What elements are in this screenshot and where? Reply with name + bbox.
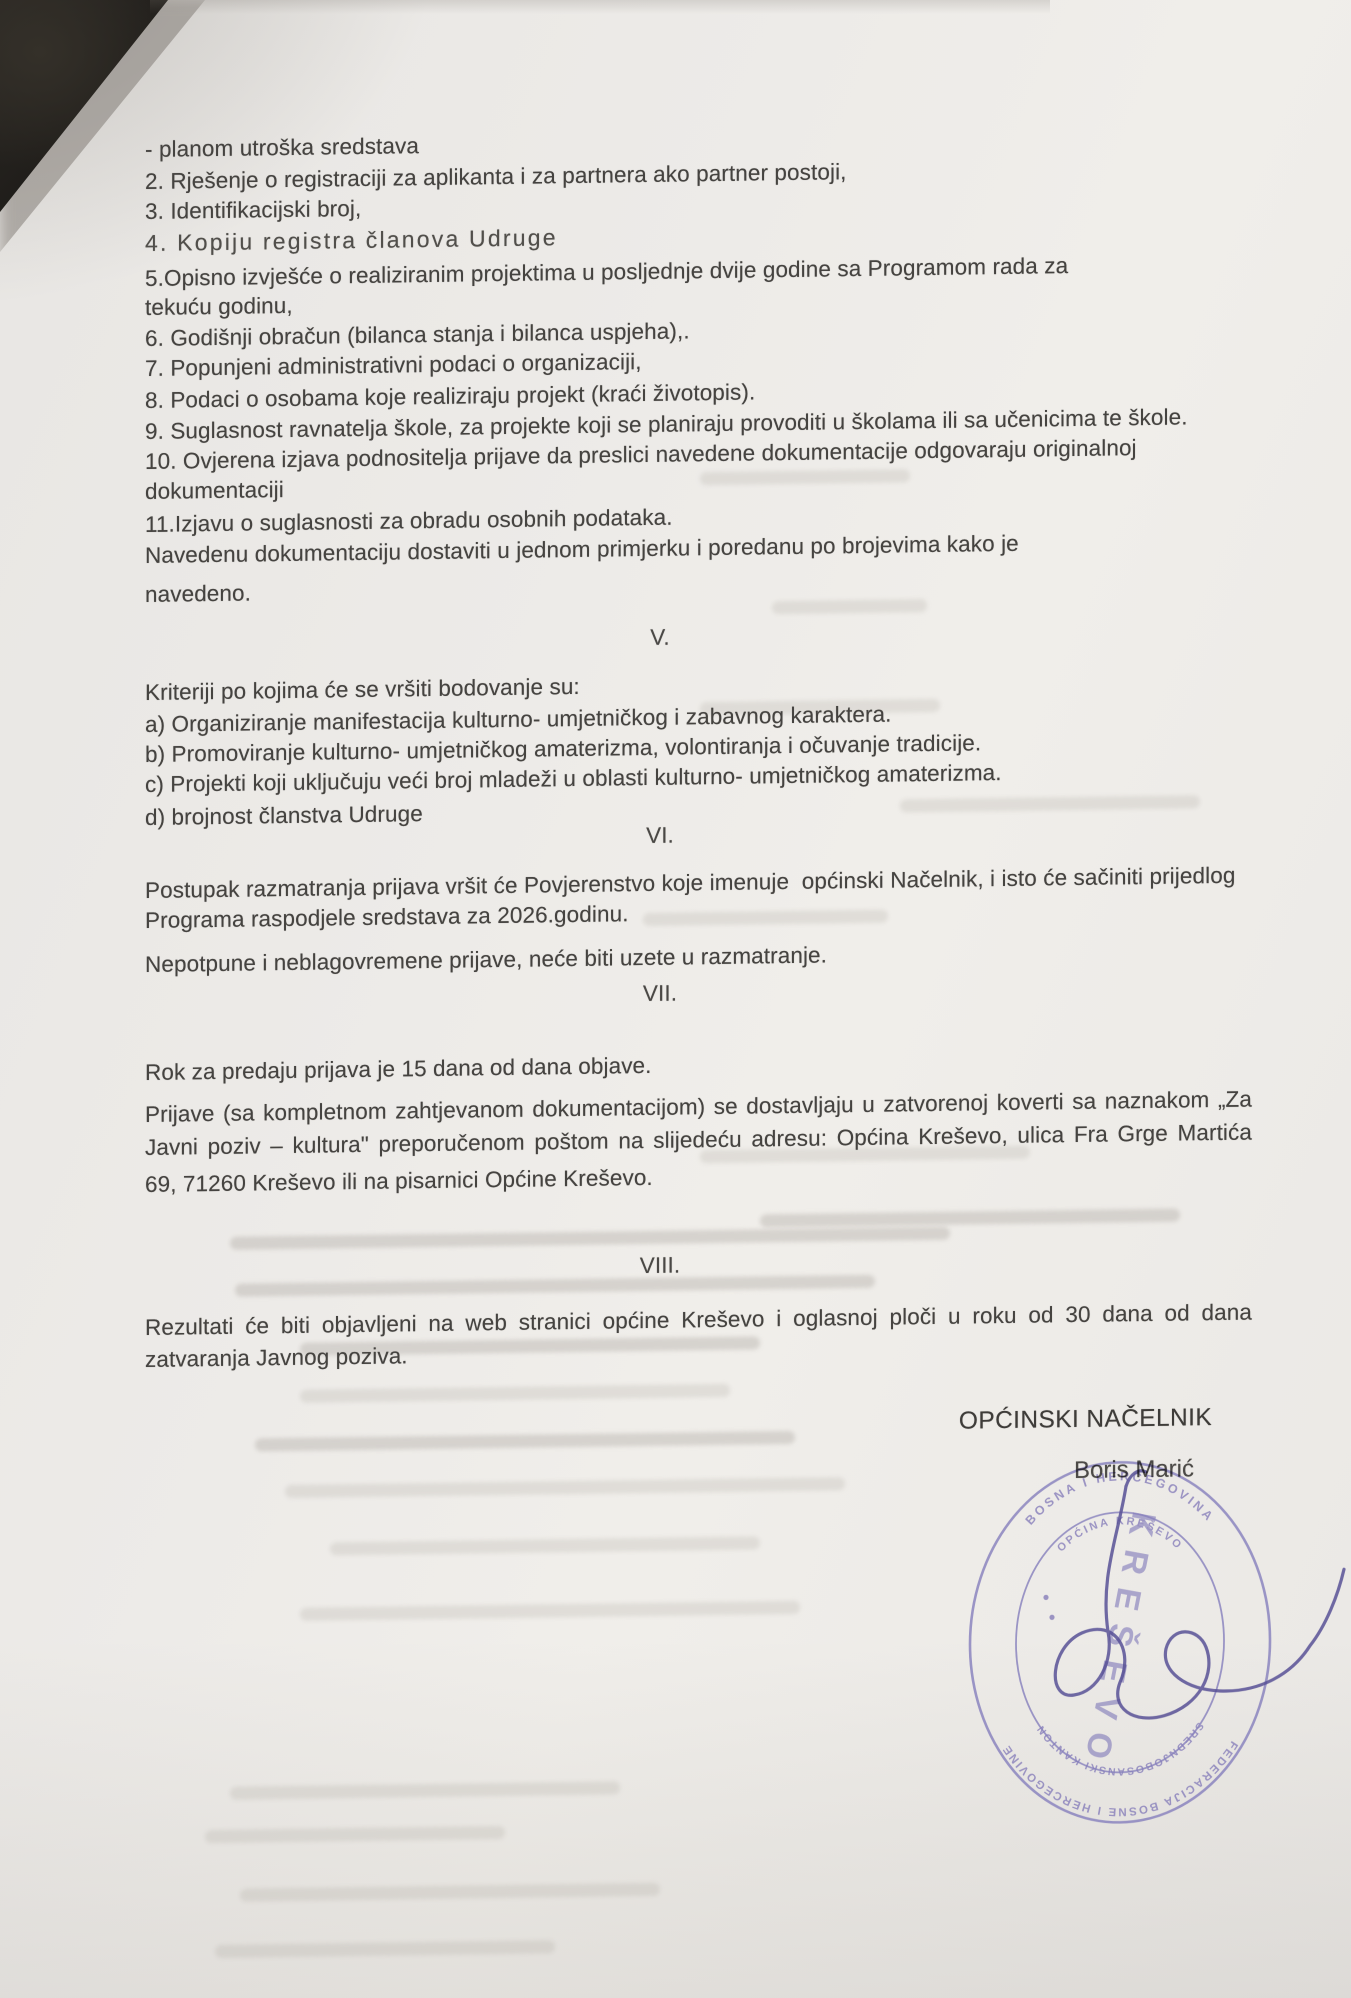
- scanned-document-page: { "colors": { "paper": "#ebe9e6", "ink_t…: [0, 0, 1351, 1998]
- note-line2: navedeno.: [145, 579, 251, 608]
- document-sheet: - planom utroška sredstava 2. Rješenje o…: [0, 0, 1351, 1998]
- stamp-text-federation: FEDERACIJA BOSNE I HERCEGOVINE: [1000, 1739, 1239, 1819]
- list-item-plan: - planom utroška sredstava: [145, 132, 419, 164]
- list-item-8: 8. Podaci o osobama koje realiziraju pro…: [145, 378, 755, 415]
- list-item-3: 3. Identifikacijski broj,: [145, 195, 361, 226]
- bleedthrough-text-ghost: [760, 1209, 1180, 1228]
- vii-paragraph2-line3: 69, 71260 Kreševo ili na pisarnici Općin…: [145, 1164, 653, 1199]
- list-item-10-line2: dokumentaciji: [145, 476, 284, 506]
- bleedthrough-text-ghost: [330, 1536, 760, 1555]
- svg-text:FEDERACIJA BOSNE I HERCEGOVINE: FEDERACIJA BOSNE I HERCEGOVINE: [1000, 1739, 1239, 1819]
- vi-paragraph1-line2: Programa raspodjele sredstava za 2026.go…: [145, 900, 629, 935]
- bleedthrough-text-ghost: [700, 469, 910, 485]
- stamp-dot: [1049, 1615, 1054, 1620]
- official-round-stamp: BOSNA I HERCEGOVINA FEDERACIJA BOSNE I H…: [948, 1443, 1351, 1849]
- section-numeral-vii: VII.: [145, 973, 1175, 1015]
- bleedthrough-text-ghost: [643, 910, 888, 926]
- bleedthrough-text-ghost: [255, 1431, 795, 1452]
- list-item-7: 7. Popunjeni administrativni podaci o or…: [145, 348, 642, 383]
- bleedthrough-text-ghost: [230, 1227, 950, 1250]
- bleedthrough-text-ghost: [230, 1781, 620, 1799]
- bleedthrough-text-ghost: [300, 1601, 800, 1621]
- vi-paragraph1-line1: Postupak razmatranja prijava vršit će Po…: [145, 862, 1235, 905]
- vi-paragraph2: Nepotpune i neblagovremene prijave, neće…: [145, 941, 827, 979]
- stamp-dot: [1043, 1595, 1048, 1600]
- bleedthrough-text-ghost: [285, 1477, 845, 1498]
- list-item-2: 2. Rješenje o registraciji za aplikanta …: [145, 158, 847, 196]
- bleedthrough-text-ghost: [215, 1940, 555, 1958]
- signatory-title: OPĆINSKI NAČELNIK: [928, 1404, 1243, 1436]
- list-item-11: 11.Izjavu o suglasnosti za obradu osobni…: [145, 504, 673, 539]
- viii-paragraph1-line2: zatvaranja Javnog poziva.: [145, 1342, 408, 1374]
- bleedthrough-text-ghost: [772, 599, 927, 614]
- viii-paragraph1-line1: Rezultati će biti objavljeni na web stra…: [145, 1299, 1252, 1342]
- list-item-4: 4. Kopiju registra članova Udruge: [145, 223, 558, 257]
- bleedthrough-text-ghost: [240, 1883, 660, 1902]
- bleedthrough-text-ghost: [900, 795, 1200, 812]
- bleedthrough-text-ghost: [300, 1384, 730, 1403]
- criteria-intro: Kriteriji po kojima će se vršiti bodovan…: [145, 673, 580, 707]
- section-numeral-v: V.: [145, 617, 1175, 659]
- list-item-5-line2: tekuću godinu,: [145, 292, 293, 322]
- list-item-5-line1: 5.Opisno izvješće o realiziranim projekt…: [145, 252, 1068, 293]
- bleedthrough-text-ghost: [205, 1826, 505, 1843]
- vii-paragraph1: Rok za predaju prijava je 15 dana od dan…: [145, 1052, 652, 1087]
